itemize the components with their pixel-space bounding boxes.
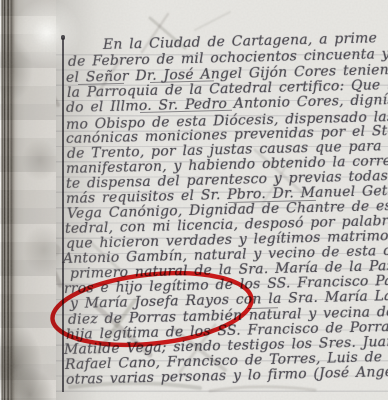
margin-rule-line xyxy=(62,38,64,392)
flash-highlight xyxy=(0,0,120,110)
scanned-document-page: En la Ciudad de Cartagena, a prime de Fe… xyxy=(0,0,388,400)
